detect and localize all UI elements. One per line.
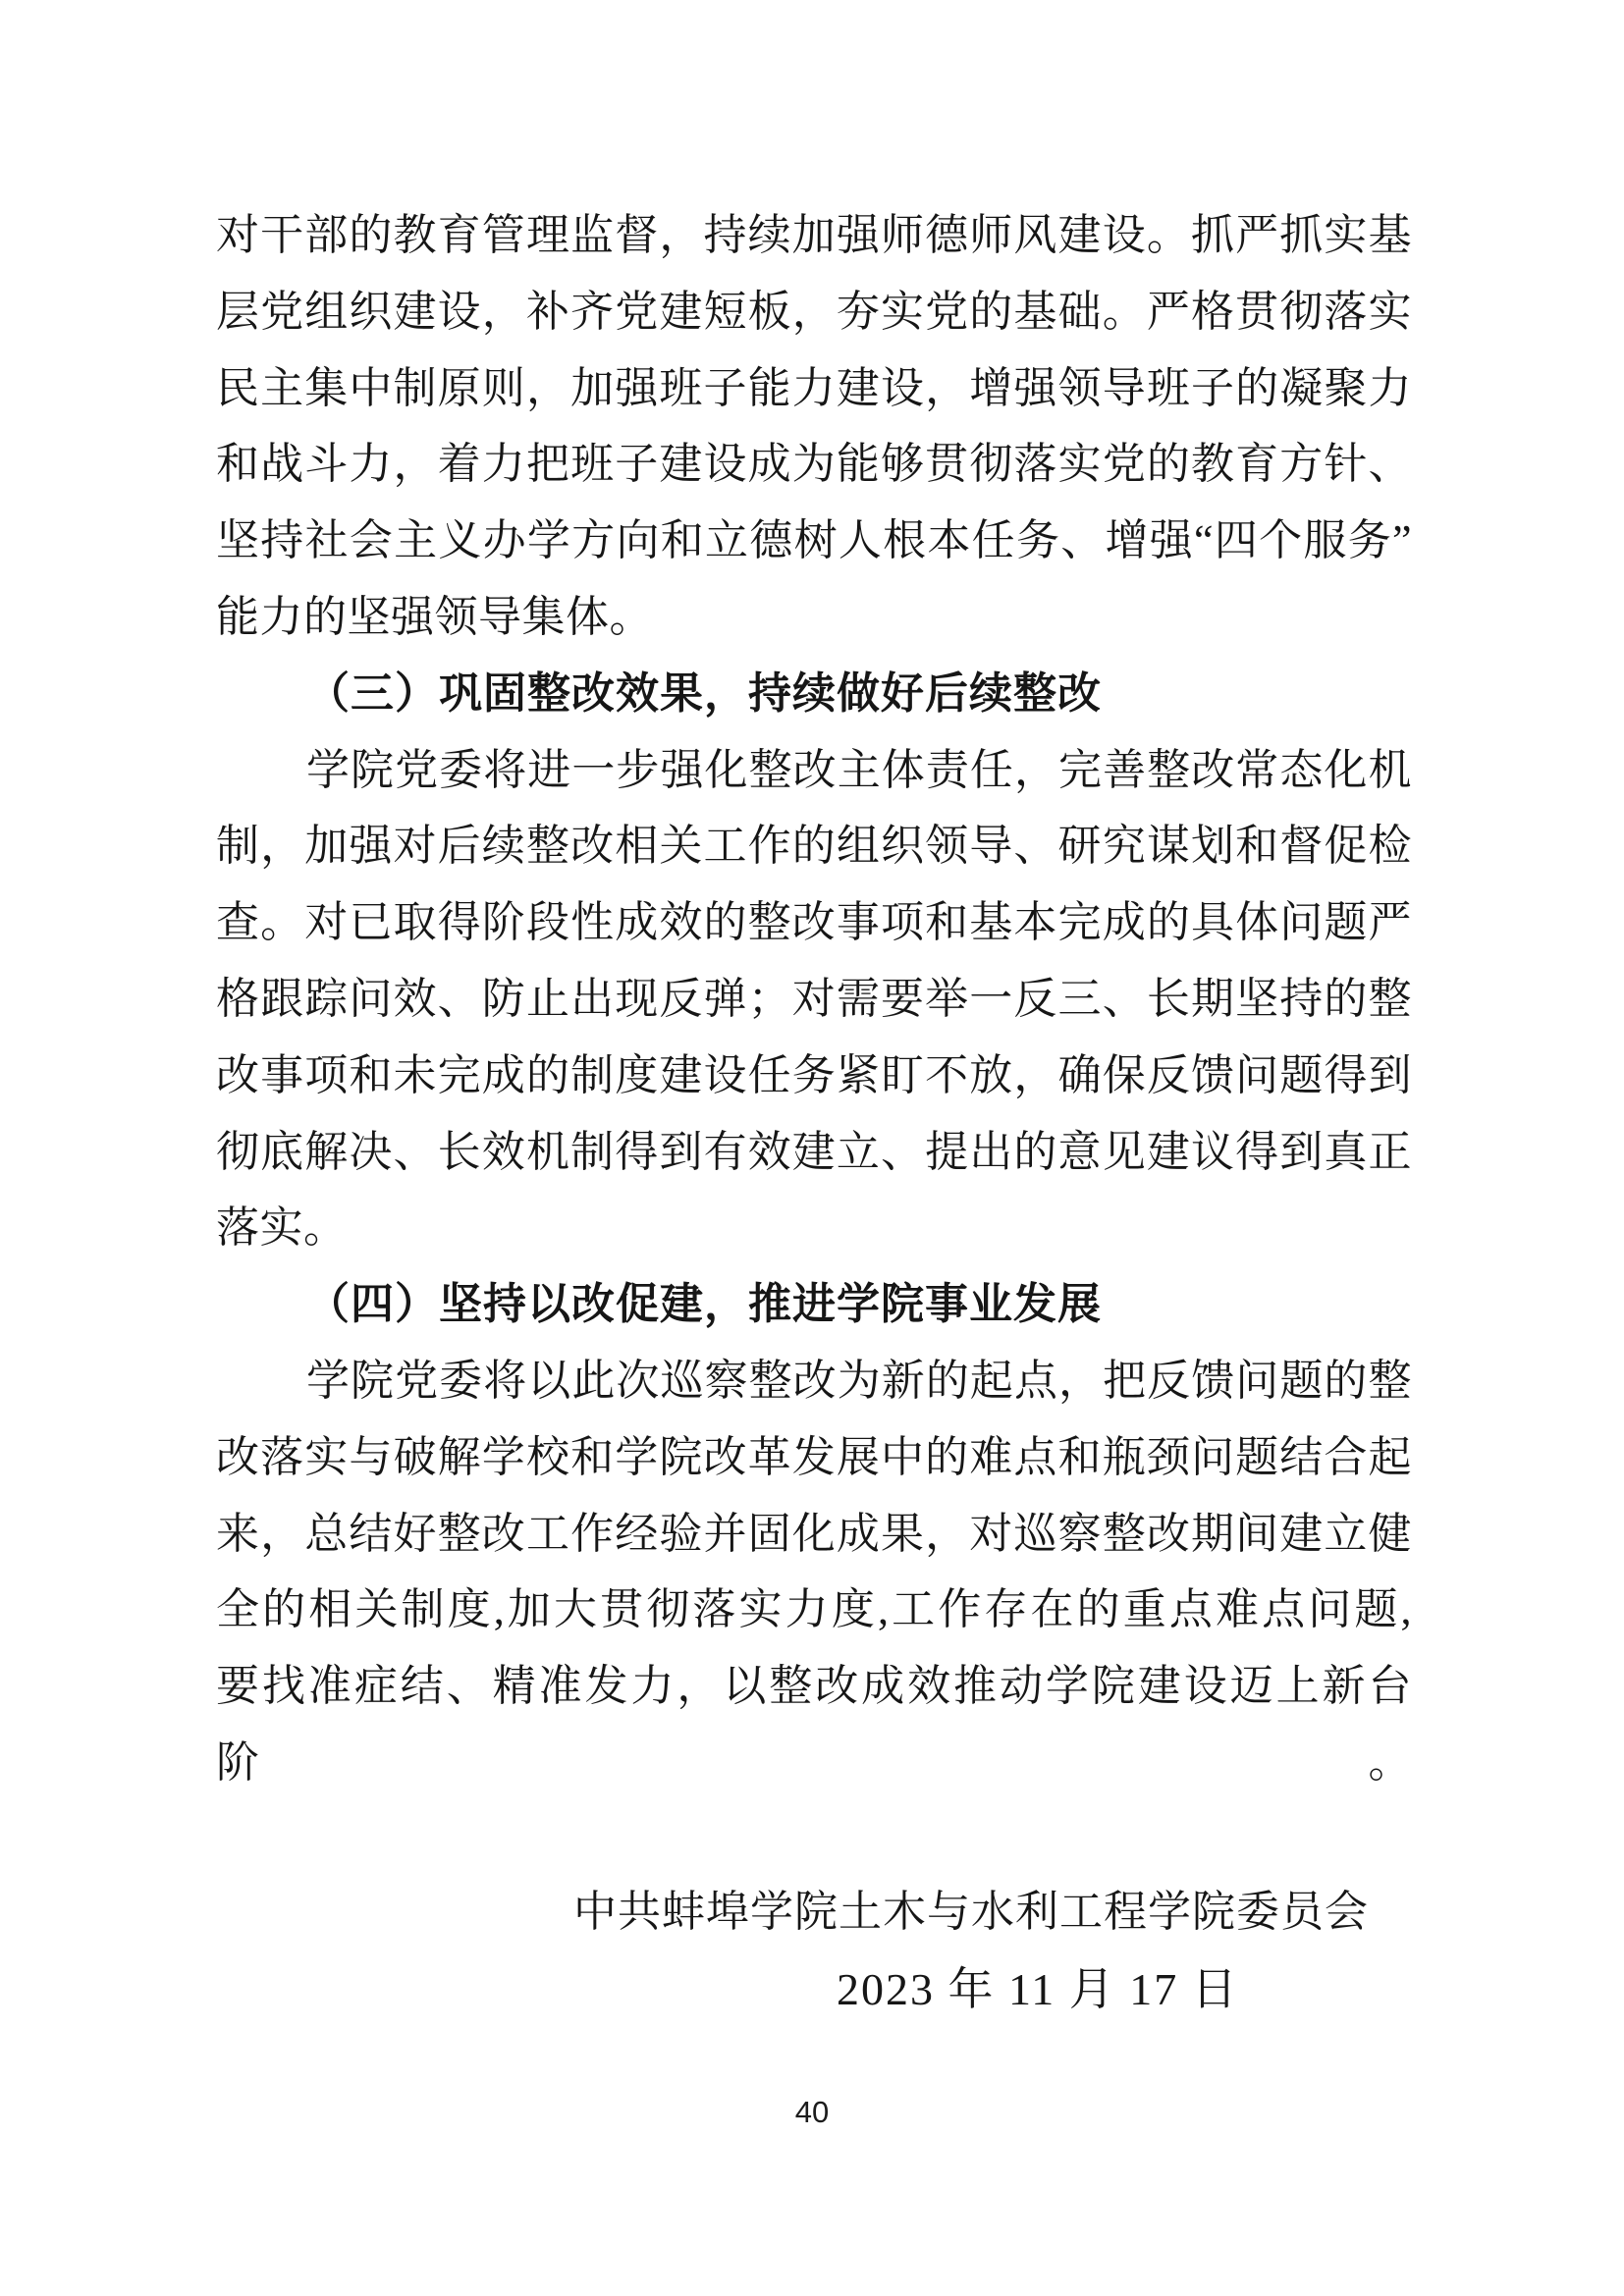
page-number: 40 (0, 2093, 1624, 2132)
text-line: 学院党委将进一步强化整改主体责任，完善整改常态化机 (216, 732, 1412, 809)
text-line: 能力的坚强领导集体。 (216, 579, 1412, 656)
body-text: 对干部的教育管理监督，持续加强师德师风建设。抓严抓实基 层党组织建设，补齐党建短… (216, 197, 1412, 1725)
text-line: 要找准症结、精准发力，以整改成效推动学院建设迈上新台阶。 (216, 1648, 1412, 1725)
text-line: 学院党委将以此次巡察整改为新的起点，把反馈问题的整 (216, 1343, 1412, 1419)
text-line: 民主集中制原则，加强班子能力建设，增强领导班子的凝聚力 (216, 350, 1412, 427)
signature-date: 2023 年 11 月 17 日 (837, 1951, 1239, 2028)
text-line: 改事项和未完成的制度建设任务紧盯不放，确保反馈问题得到 (216, 1038, 1412, 1114)
section3-heading: （三）巩固整改效果，持续做好后续整改 (216, 656, 1412, 732)
text-line: 改落实与破解学校和学院改革发展中的难点和瓶颈问题结合起 (216, 1419, 1412, 1496)
text-line: 落实。 (216, 1190, 1412, 1266)
signature-organization: 中共蚌埠学院土木与水利工程学院委员会 (573, 1874, 1369, 1950)
text-line: 坚持社会主义办学方向和立德树人根本任务、增强“四个服务” (216, 503, 1412, 579)
text-line: 彻底解决、长效机制得到有效建立、提出的意见建议得到真正 (216, 1114, 1412, 1191)
text-line: 格跟踪问效、防止出现反弹；对需要举一反三、长期坚持的整 (216, 961, 1412, 1038)
text-line: 查。对已取得阶段性成效的整改事项和基本完成的具体问题严 (216, 884, 1412, 961)
text-line: 层党组织建设，补齐党建短板，夯实党的基础。严格贯彻落实 (216, 274, 1412, 350)
document-page: 对干部的教育管理监督，持续加强师德师风建设。抓严抓实基 层党组织建设，补齐党建短… (0, 0, 1624, 2296)
text-line: 制，加强对后续整改相关工作的组织领导、研究谋划和督促检 (216, 808, 1412, 884)
text-line: 来，总结好整改工作经验并固化成果，对巡察整改期间建立健 (216, 1496, 1412, 1573)
text-line: 对干部的教育管理监督，持续加强师德师风建设。抓严抓实基 (216, 197, 1412, 274)
text-line: 和战斗力，着力把班子建设成为能够贯彻落实党的教育方针、 (216, 426, 1412, 503)
text-line: 全的相关制度,加大贯彻落实力度,工作存在的重点难点问题, (216, 1572, 1412, 1648)
section4-heading: （四）坚持以改促建，推进学院事业发展 (216, 1266, 1412, 1343)
